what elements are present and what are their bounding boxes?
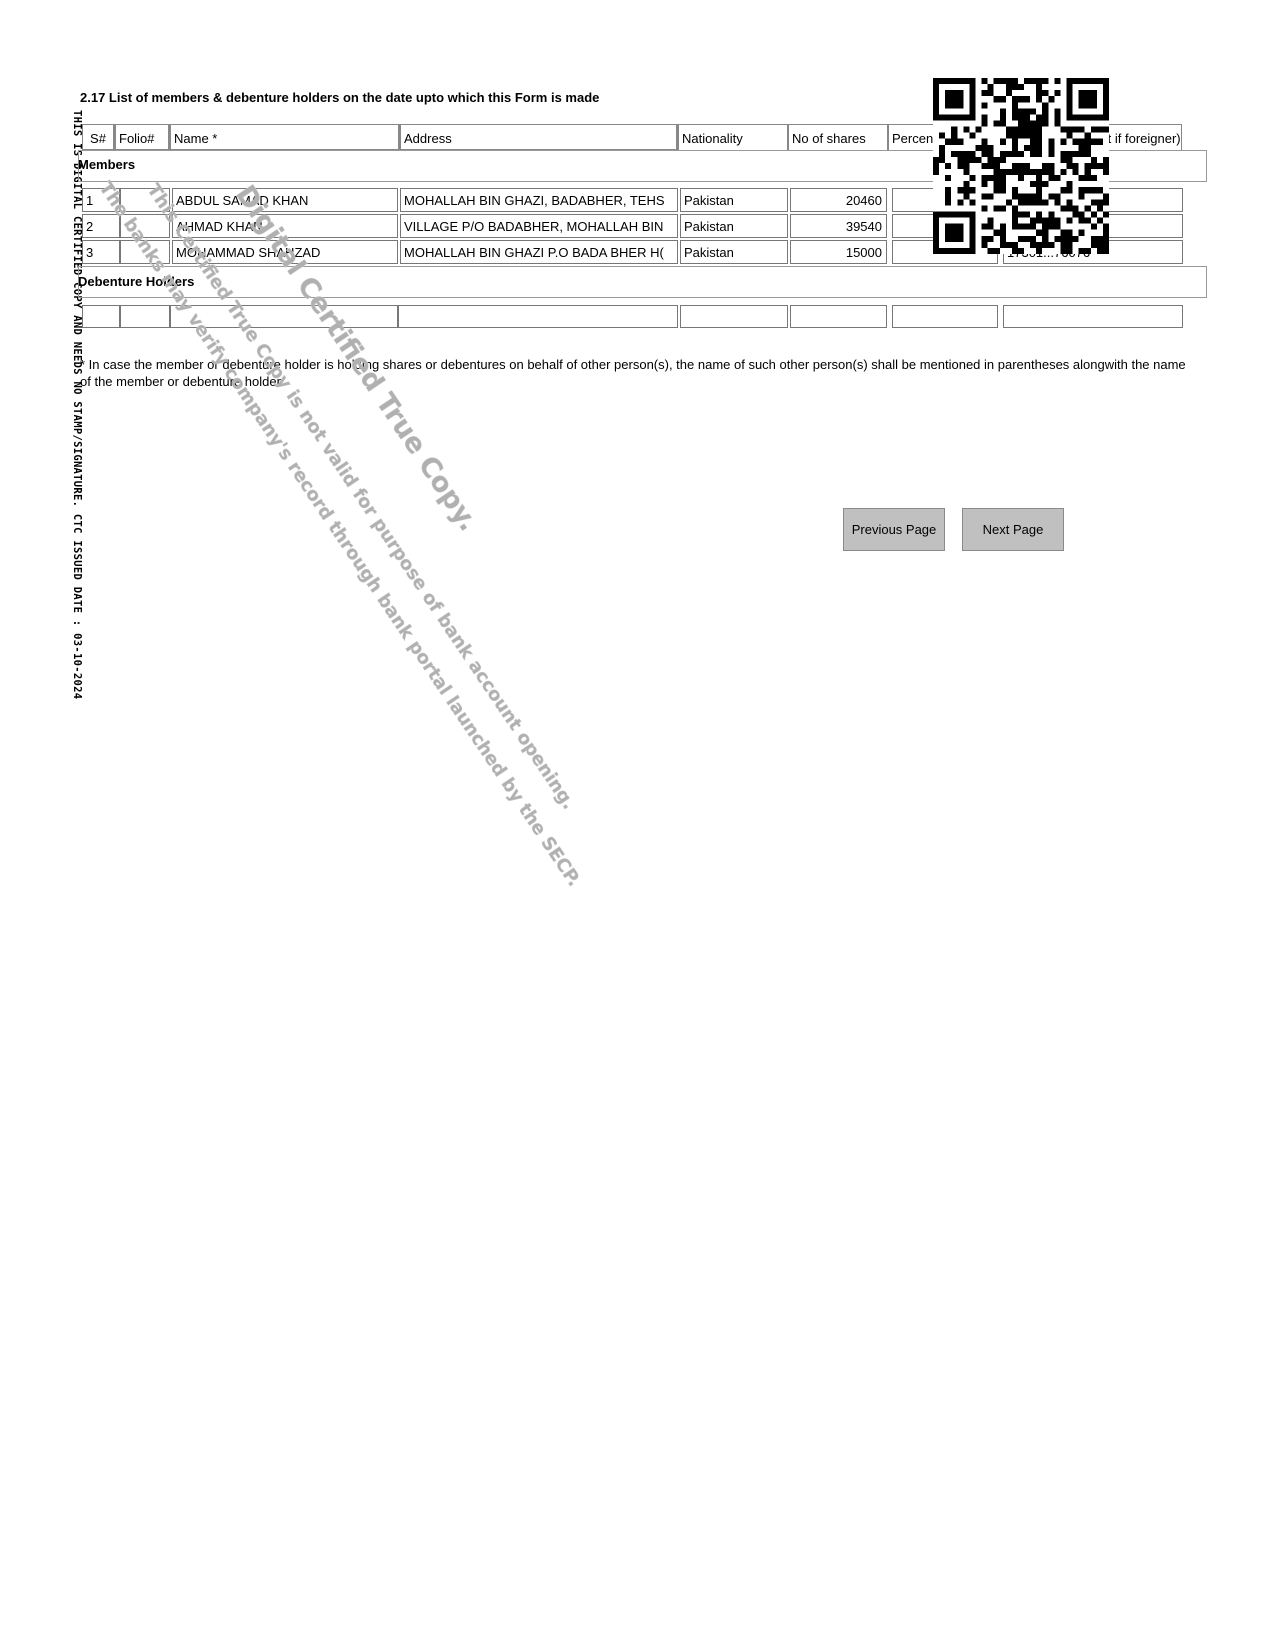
header-shares: No of shares (788, 124, 888, 151)
debenture-cell-nationality (680, 305, 788, 328)
debenture-cell-sno (82, 305, 120, 328)
cell-sno: 1 (82, 188, 120, 212)
cell-nationality: Pakistan (680, 188, 788, 212)
debenture-cell-folio (120, 305, 170, 328)
debenture-cell-address (398, 305, 678, 328)
qr-code-icon (933, 77, 1109, 255)
cell-address: VILLAGE P/O BADABHER, MOHALLAH BIN (400, 214, 678, 238)
cell-nationality: Pakistan (680, 240, 788, 264)
cell-address: MOHALLAH BIN GHAZI, BADABHER, TEHS (400, 188, 678, 212)
debenture-section-box (78, 266, 1207, 298)
footnote: * In case the member or debenture holder… (80, 356, 1190, 390)
cell-shares: 20460 (790, 188, 887, 212)
header-address: Address (400, 124, 678, 151)
cell-address: MOHALLAH BIN GHAZI P.O BADA BHER H( (400, 240, 678, 264)
cell-folio (120, 240, 170, 264)
cell-name: MOHAMMAD SHAHZAD (172, 240, 398, 264)
cell-folio (120, 214, 170, 238)
cell-nationality: Pakistan (680, 214, 788, 238)
header-nationality: Nationality (678, 124, 788, 151)
debenture-cell-name (170, 305, 398, 328)
debenture-section-label: Debenture Holders (78, 274, 194, 289)
cell-shares: 39540 (790, 214, 887, 238)
cell-name: AHMAD KHAN (172, 214, 398, 238)
cell-sno: 3 (82, 240, 120, 264)
header-sno: S# (82, 124, 115, 151)
members-section-label: Members (78, 157, 135, 172)
debenture-cell-shares (790, 305, 887, 328)
cell-sno: 2 (82, 214, 120, 238)
cell-name: ABDUL SAMAD KHAN (172, 188, 398, 212)
debenture-cell-percentage (892, 305, 998, 328)
next-page-button[interactable]: Next Page (962, 508, 1064, 551)
cell-folio (120, 188, 170, 212)
debenture-cell-cnic (1003, 305, 1183, 328)
previous-page-button[interactable]: Previous Page (843, 508, 945, 551)
cell-shares: 15000 (790, 240, 887, 264)
section-title: 2.17 List of members & debenture holders… (80, 90, 599, 105)
header-name: Name * (170, 124, 400, 151)
header-folio: Folio# (115, 124, 170, 151)
